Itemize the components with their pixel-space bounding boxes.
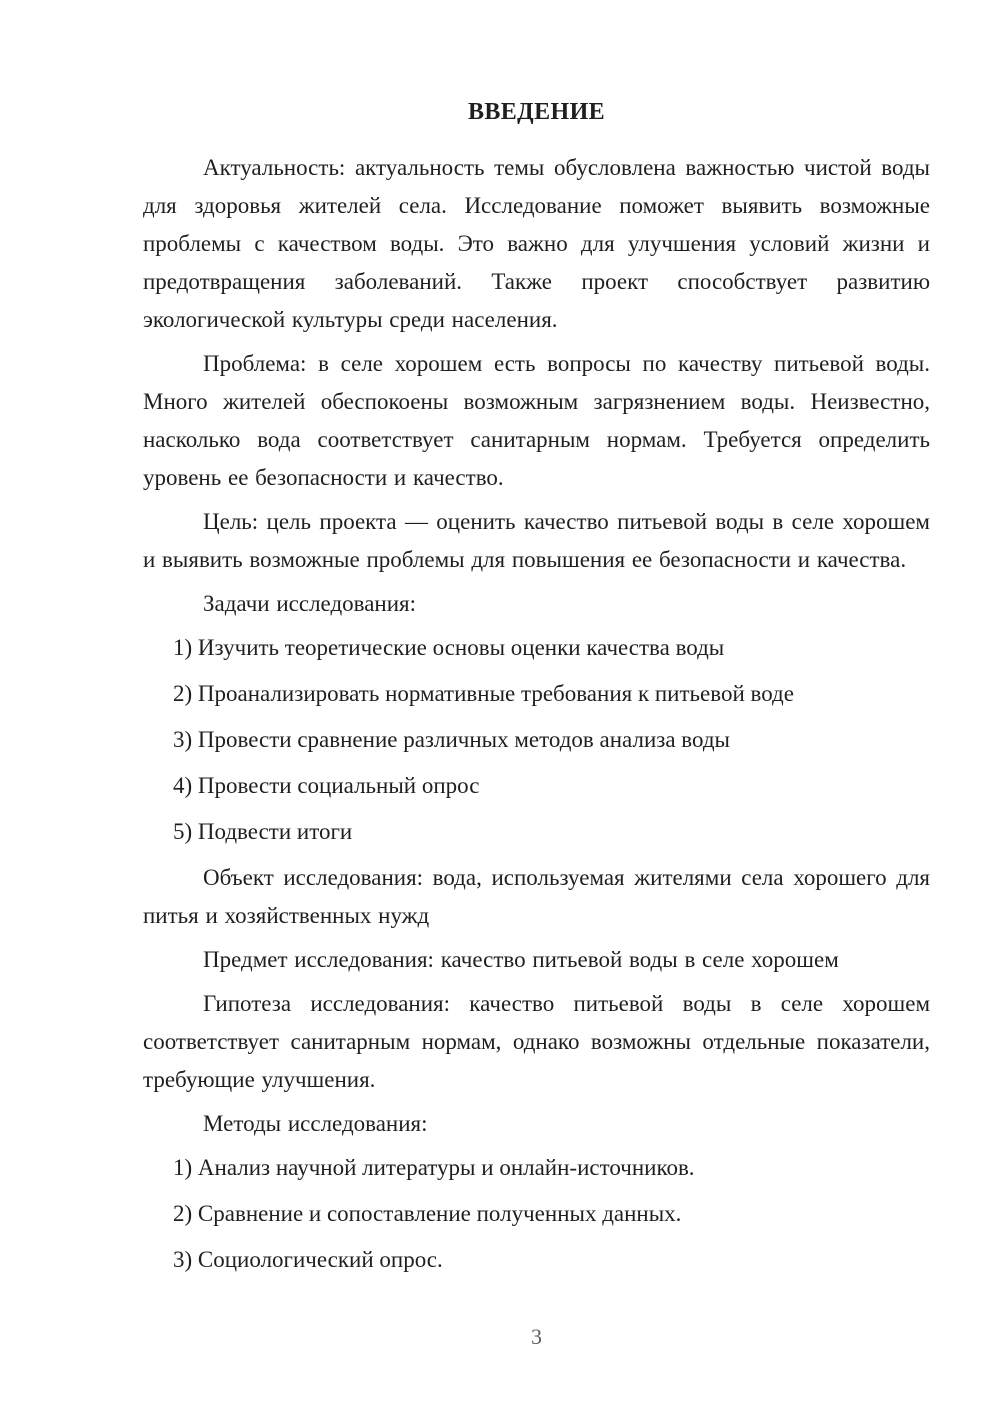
- method-item-1: 1) Анализ научной литературы и онлайн-ис…: [143, 1149, 930, 1187]
- method-item-2: 2) Сравнение и сопоставление полученных …: [143, 1195, 930, 1233]
- paragraph-subject: Предмет исследования: качество питьевой …: [143, 941, 930, 979]
- document-page: ВВЕДЕНИЕ Актуальность: актуальность темы…: [0, 0, 1000, 1414]
- task-item-1: 1) Изучить теоретические основы оценки к…: [143, 629, 930, 667]
- paragraph-hypothesis: Гипотеза исследования: качество питьевой…: [143, 985, 930, 1099]
- page-title: ВВЕДЕНИЕ: [143, 93, 930, 131]
- task-item-4: 4) Провести социальный опрос: [143, 767, 930, 805]
- paragraph-relevance: Актуальность: актуальность темы обусловл…: [143, 149, 930, 339]
- paragraph-object: Объект исследования: вода, используемая …: [143, 859, 930, 935]
- page-number: 3: [143, 1322, 930, 1352]
- methods-heading: Методы исследования:: [143, 1105, 930, 1143]
- task-item-5: 5) Подвести итоги: [143, 813, 930, 851]
- paragraph-problem: Проблема: в селе хорошем есть вопросы по…: [143, 345, 930, 497]
- paragraph-goal: Цель: цель проекта — оценить качество пи…: [143, 503, 930, 579]
- tasks-list: 1) Изучить теоретические основы оценки к…: [143, 629, 930, 851]
- task-item-3: 3) Провести сравнение различных методов …: [143, 721, 930, 759]
- task-item-2: 2) Проанализировать нормативные требован…: [143, 675, 930, 713]
- method-item-3: 3) Социологический опрос.: [143, 1241, 930, 1279]
- methods-list: 1) Анализ научной литературы и онлайн-ис…: [143, 1149, 930, 1279]
- tasks-heading: Задачи исследования:: [143, 585, 930, 623]
- document-content: ВВЕДЕНИЕ Актуальность: актуальность темы…: [143, 93, 930, 1287]
